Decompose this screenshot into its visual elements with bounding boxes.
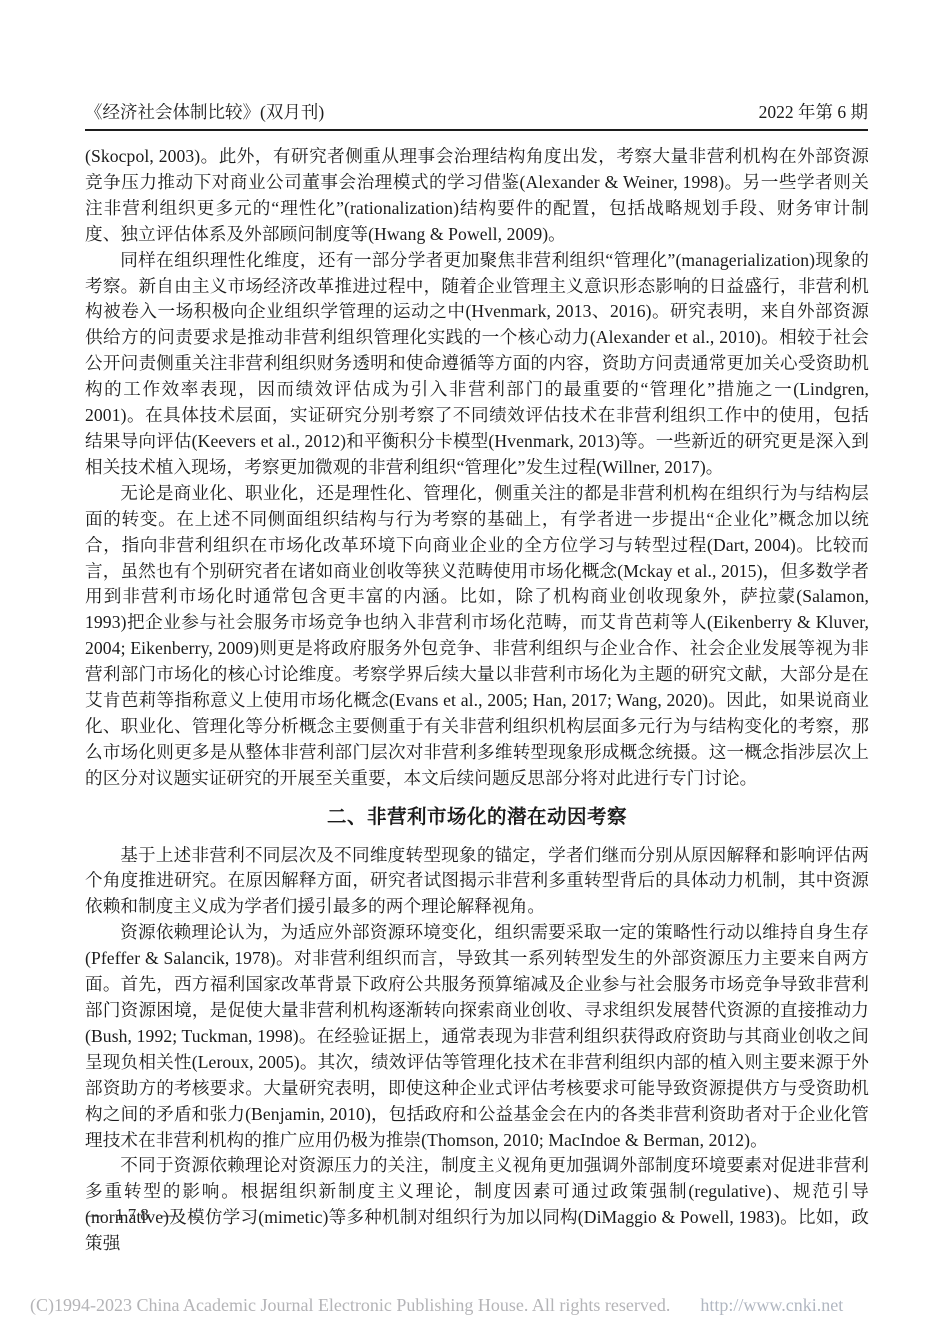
body-paragraph: 资源依赖理论认为，为适应外部资源环境变化，组织需要采取一定的策略性行动以维持自身… <box>85 920 869 1153</box>
page-number: — 178 — <box>86 1205 182 1225</box>
footer-copyright: (C)1994-2023 China Academic Journal Elec… <box>30 1295 670 1315</box>
header-divider <box>85 129 868 131</box>
section-heading: 二、非营利市场化的潜在动因考察 <box>85 805 869 831</box>
journal-page: 《经济社会体制比较》(双月刊) 2022 年第 6 期 (Skocpol, 20… <box>0 0 950 1344</box>
body-paragraph: 不同于资源依赖理论对资源压力的关注，制度主义视角更加强调外部制度环境要素对促进非… <box>85 1153 869 1257</box>
page-header: 《经济社会体制比较》(双月刊) 2022 年第 6 期 <box>85 99 868 124</box>
page-footer: (C)1994-2023 China Academic Journal Elec… <box>30 1295 843 1316</box>
article-body: (Skocpol, 2003)。此外，有研究者侧重从理事会治理结构角度出发，考察… <box>85 144 869 1257</box>
issue-label: 2022 年第 6 期 <box>759 99 868 124</box>
body-paragraph: 基于上述非营利不同层次及不同维度转型现象的锚定，学者们继而分别从原因解释和影响评… <box>85 843 869 921</box>
footer-url: http://www.cnki.net <box>700 1295 843 1315</box>
body-paragraph: (Skocpol, 2003)。此外，有研究者侧重从理事会治理结构角度出发，考察… <box>85 144 869 248</box>
body-paragraph: 无论是商业化、职业化，还是理性化、管理化，侧重关注的都是非营利机构在组织行为与结… <box>85 481 869 792</box>
journal-title: 《经济社会体制比较》(双月刊) <box>85 99 324 124</box>
body-paragraph: 同样在组织理性化维度，还有一部分学者更加聚焦非营利组织“管理化”(manager… <box>85 248 869 481</box>
